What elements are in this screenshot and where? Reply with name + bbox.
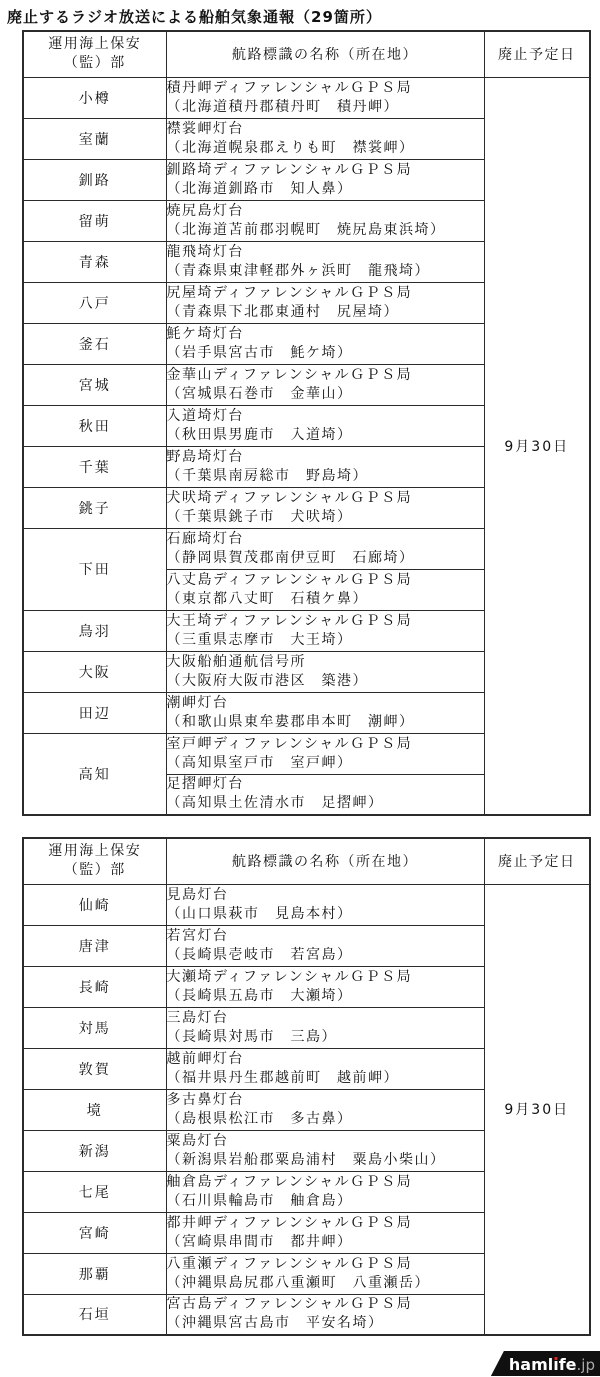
beacon-cell: 三島灯台 （長崎県対馬市 三島） (166, 1007, 484, 1048)
beacon-location: （北海道積丹郡積丹町 積丹岬） (167, 98, 484, 117)
beacon-location: （宮城県石巻市 金華山） (167, 385, 484, 404)
beacon-name: 入道埼灯台 (167, 407, 484, 426)
beacon-cell: 越前岬灯台 （福井県丹生郡越前町 越前岬） (166, 1048, 484, 1089)
beacon-location: （大阪府大阪市港区 築港） (167, 672, 484, 691)
beacon-cell: 焼尻島灯台 （北海道苫前郡羽幌町 焼尻島東浜埼） (166, 200, 484, 241)
logo-text-suffix: .jp (577, 1356, 595, 1374)
office-cell: 宮城 (23, 364, 166, 405)
beacon-cell: 金華山ディファレンシャルＧＰＳ局 （宮城県石巻市 金華山） (166, 364, 484, 405)
column-header-office: 運用海上保安 （監）部 (23, 838, 166, 884)
beacon-cell: 都井岬ディファレンシャルＧＰＳ局 （宮崎県串間市 都井岬） (166, 1212, 484, 1253)
beacon-name: 金華山ディファレンシャルＧＰＳ局 (167, 366, 484, 385)
weather-report-table-2: 運用海上保安 （監）部 航路標識の名称（所在地） 廃止予定日 仙崎 見島灯台 （… (22, 837, 591, 1336)
beacon-name: 三島灯台 (167, 1009, 484, 1028)
table-row: 仙崎 見島灯台 （山口県萩市 見島本村） 9月30日 (23, 884, 590, 925)
beacon-location: （千葉県南房総市 野島埼） (167, 467, 484, 486)
weather-report-table-1: 運用海上保安 （監）部 航路標識の名称（所在地） 廃止予定日 小樽 積丹岬ディフ… (22, 30, 591, 816)
office-cell: 境 (23, 1089, 166, 1130)
beacon-cell: 室戸岬ディファレンシャルＧＰＳ局 （高知県室戸市 室戸岬） (166, 733, 484, 774)
office-cell: 銚子 (23, 487, 166, 528)
beacon-cell: 石廊埼灯台 （静岡県賀茂郡南伊豆町 石廊埼） (166, 528, 484, 569)
beacon-cell: 犬吠埼ディファレンシャルＧＰＳ局 （千葉県銚子市 犬吠埼） (166, 487, 484, 528)
office-cell: 宮崎 (23, 1212, 166, 1253)
office-cell: 唐津 (23, 925, 166, 966)
beacon-cell: 潮岬灯台 （和歌山県東牟婁郡串本町 潮岬） (166, 692, 484, 733)
office-cell: 青森 (23, 241, 166, 282)
beacon-location: （高知県土佐清水市 足摺岬） (167, 794, 484, 813)
beacon-name: 大阪船舶通航信号所 (167, 653, 484, 672)
beacon-name: 襟裳岬灯台 (167, 120, 484, 139)
beacon-cell: 積丹岬ディファレンシャルＧＰＳ局 （北海道積丹郡積丹町 積丹岬） (166, 77, 484, 118)
office-cell: 新潟 (23, 1130, 166, 1171)
beacon-cell: 若宮灯台 （長崎県壱岐市 若宮島） (166, 925, 484, 966)
office-cell: 小樽 (23, 77, 166, 118)
logo-text-part1: haml (509, 1356, 553, 1374)
office-cell: 対馬 (23, 1007, 166, 1048)
beacon-name: 犬吠埼ディファレンシャルＧＰＳ局 (167, 489, 484, 508)
beacon-name: 越前岬灯台 (167, 1050, 484, 1069)
office-cell: 那覇 (23, 1253, 166, 1294)
table-header-row: 運用海上保安 （監）部 航路標識の名称（所在地） 廃止予定日 (23, 838, 590, 884)
office-cell: 田辺 (23, 692, 166, 733)
beacon-location: （北海道苫前郡羽幌町 焼尻島東浜埼） (167, 221, 484, 240)
beacon-location: （長崎県壱岐市 若宮島） (167, 946, 484, 965)
beacon-location: （福井県丹生郡越前町 越前岬） (167, 1069, 484, 1088)
office-cell: 留萌 (23, 200, 166, 241)
beacon-location: （岩手県宮古市 魹ケ埼） (167, 344, 484, 363)
column-header-date: 廃止予定日 (484, 31, 590, 77)
beacon-location: （新潟県岩船郡粟島浦村 粟島小柴山） (167, 1151, 484, 1170)
beacon-name: 足摺岬灯台 (167, 775, 484, 794)
page-title: 廃止するラジオ放送による船舶気象通報（29箇所） (7, 6, 382, 27)
beacon-location: （長崎県五島市 大瀬埼） (167, 987, 484, 1006)
page: { "page": { "title": "廃止するラジオ放送による船舶気象通報… (0, 0, 600, 1377)
office-cell: 七尾 (23, 1171, 166, 1212)
column-header-office: 運用海上保安 （監）部 (23, 31, 166, 77)
abolition-date-cell: 9月30日 (484, 77, 590, 815)
office-cell: 大阪 (23, 651, 166, 692)
beacon-name: 舳倉島ディファレンシャルＧＰＳ局 (167, 1173, 484, 1192)
beacon-name: 魹ケ埼灯台 (167, 325, 484, 344)
office-cell: 高知 (23, 733, 166, 815)
office-cell: 釜石 (23, 323, 166, 364)
beacon-cell: 釧路埼ディファレンシャルＧＰＳ局 （北海道釧路市 知人鼻） (166, 159, 484, 200)
beacon-name: 石廊埼灯台 (167, 530, 484, 549)
beacon-location: （沖縄県宮古島市 平安名埼） (167, 1314, 484, 1333)
beacon-location: （青森県下北郡東通村 尻屋埼） (167, 303, 484, 322)
office-cell: 八戸 (23, 282, 166, 323)
column-header-name: 航路標識の名称（所在地） (166, 31, 484, 77)
abolition-date-cell: 9月30日 (484, 884, 590, 1335)
beacon-location: （高知県室戸市 室戸岬） (167, 754, 484, 773)
hamlife-logo: hamlıfe.jp (491, 1351, 600, 1376)
beacon-name: 野島埼灯台 (167, 448, 484, 467)
beacon-location: （北海道幌泉郡えりも町 襟裳岬） (167, 139, 484, 158)
beacon-cell: 入道埼灯台 （秋田県男鹿市 入道埼） (166, 405, 484, 446)
beacon-cell: 大瀬埼ディファレンシャルＧＰＳ局 （長崎県五島市 大瀬埼） (166, 966, 484, 1007)
beacon-cell: 龍飛埼灯台 （青森県東津軽郡外ヶ浜町 龍飛埼） (166, 241, 484, 282)
beacon-name: 若宮灯台 (167, 927, 484, 946)
beacon-cell: 尻屋埼ディファレンシャルＧＰＳ局 （青森県下北郡東通村 尻屋埼） (166, 282, 484, 323)
beacon-name: 宮古島ディファレンシャルＧＰＳ局 (167, 1295, 484, 1314)
beacon-location: （島根県松江市 多古鼻） (167, 1110, 484, 1129)
beacon-name: 八丈島ディファレンシャルＧＰＳ局 (167, 571, 484, 590)
beacon-name: 龍飛埼灯台 (167, 243, 484, 262)
office-cell: 下田 (23, 528, 166, 610)
beacon-location: （三重県志摩市 大王埼） (167, 631, 484, 650)
beacon-location: （沖縄県島尻郡八重瀬町 八重瀬岳） (167, 1274, 484, 1293)
beacon-cell: 宮古島ディファレンシャルＧＰＳ局 （沖縄県宮古島市 平安名埼） (166, 1294, 484, 1335)
beacon-location: （石川県輪島市 舳倉島） (167, 1192, 484, 1211)
beacon-name: 八重瀬ディファレンシャルＧＰＳ局 (167, 1255, 484, 1274)
beacon-cell: 足摺岬灯台 （高知県土佐清水市 足摺岬） (166, 774, 484, 815)
beacon-cell: 大阪船舶通航信号所 （大阪府大阪市港区 築港） (166, 651, 484, 692)
beacon-cell: 舳倉島ディファレンシャルＧＰＳ局 （石川県輪島市 舳倉島） (166, 1171, 484, 1212)
beacon-name: 多古鼻灯台 (167, 1091, 484, 1110)
office-cell: 釧路 (23, 159, 166, 200)
beacon-location: （和歌山県東牟婁郡串本町 潮岬） (167, 713, 484, 732)
beacon-name: 潮岬灯台 (167, 694, 484, 713)
office-cell: 敦賀 (23, 1048, 166, 1089)
office-cell: 室蘭 (23, 118, 166, 159)
column-header-name: 航路標識の名称（所在地） (166, 838, 484, 884)
beacon-cell: 見島灯台 （山口県萩市 見島本村） (166, 884, 484, 925)
office-cell: 石垣 (23, 1294, 166, 1335)
beacon-name: 焼尻島灯台 (167, 202, 484, 221)
beacon-location: （東京都八丈町 石積ケ鼻） (167, 590, 484, 609)
logo-letter-i-red-dot: ı (553, 1356, 558, 1374)
beacon-location: （長崎県対馬市 三島） (167, 1028, 484, 1047)
beacon-location: （千葉県銚子市 犬吠埼） (167, 508, 484, 527)
beacon-cell: 野島埼灯台 （千葉県南房総市 野島埼） (166, 446, 484, 487)
beacon-name: 大瀬埼ディファレンシャルＧＰＳ局 (167, 968, 484, 987)
beacon-location: （青森県東津軽郡外ヶ浜町 龍飛埼） (167, 262, 484, 281)
office-cell: 長崎 (23, 966, 166, 1007)
beacon-location: （静岡県賀茂郡南伊豆町 石廊埼） (167, 549, 484, 568)
office-cell: 千葉 (23, 446, 166, 487)
beacon-cell: 多古鼻灯台 （島根県松江市 多古鼻） (166, 1089, 484, 1130)
beacon-location: （宮崎県串間市 都井岬） (167, 1233, 484, 1252)
beacon-cell: 八重瀬ディファレンシャルＧＰＳ局 （沖縄県島尻郡八重瀬町 八重瀬岳） (166, 1253, 484, 1294)
beacon-name: 釧路埼ディファレンシャルＧＰＳ局 (167, 161, 484, 180)
beacon-name: 積丹岬ディファレンシャルＧＰＳ局 (167, 79, 484, 98)
table-header-row: 運用海上保安 （監）部 航路標識の名称（所在地） 廃止予定日 (23, 31, 590, 77)
beacon-cell: 魹ケ埼灯台 （岩手県宮古市 魹ケ埼） (166, 323, 484, 364)
office-cell: 仙崎 (23, 884, 166, 925)
beacon-name: 粟島灯台 (167, 1132, 484, 1151)
logo-text-part2: fe (559, 1356, 577, 1374)
beacon-cell: 粟島灯台 （新潟県岩船郡粟島浦村 粟島小柴山） (166, 1130, 484, 1171)
beacon-cell: 大王埼ディファレンシャルＧＰＳ局 （三重県志摩市 大王埼） (166, 610, 484, 651)
beacon-location: （秋田県男鹿市 入道埼） (167, 426, 484, 445)
beacon-name: 室戸岬ディファレンシャルＧＰＳ局 (167, 735, 484, 754)
beacon-name: 見島灯台 (167, 886, 484, 905)
office-cell: 鳥羽 (23, 610, 166, 651)
beacon-name: 尻屋埼ディファレンシャルＧＰＳ局 (167, 284, 484, 303)
column-header-date: 廃止予定日 (484, 838, 590, 884)
beacon-name: 大王埼ディファレンシャルＧＰＳ局 (167, 612, 484, 631)
beacon-location: （北海道釧路市 知人鼻） (167, 180, 484, 199)
beacon-name: 都井岬ディファレンシャルＧＰＳ局 (167, 1214, 484, 1233)
beacon-cell: 八丈島ディファレンシャルＧＰＳ局 （東京都八丈町 石積ケ鼻） (166, 569, 484, 610)
table-row: 小樽 積丹岬ディファレンシャルＧＰＳ局 （北海道積丹郡積丹町 積丹岬） 9月30… (23, 77, 590, 118)
beacon-cell: 襟裳岬灯台 （北海道幌泉郡えりも町 襟裳岬） (166, 118, 484, 159)
office-cell: 秋田 (23, 405, 166, 446)
beacon-location: （山口県萩市 見島本村） (167, 905, 484, 924)
